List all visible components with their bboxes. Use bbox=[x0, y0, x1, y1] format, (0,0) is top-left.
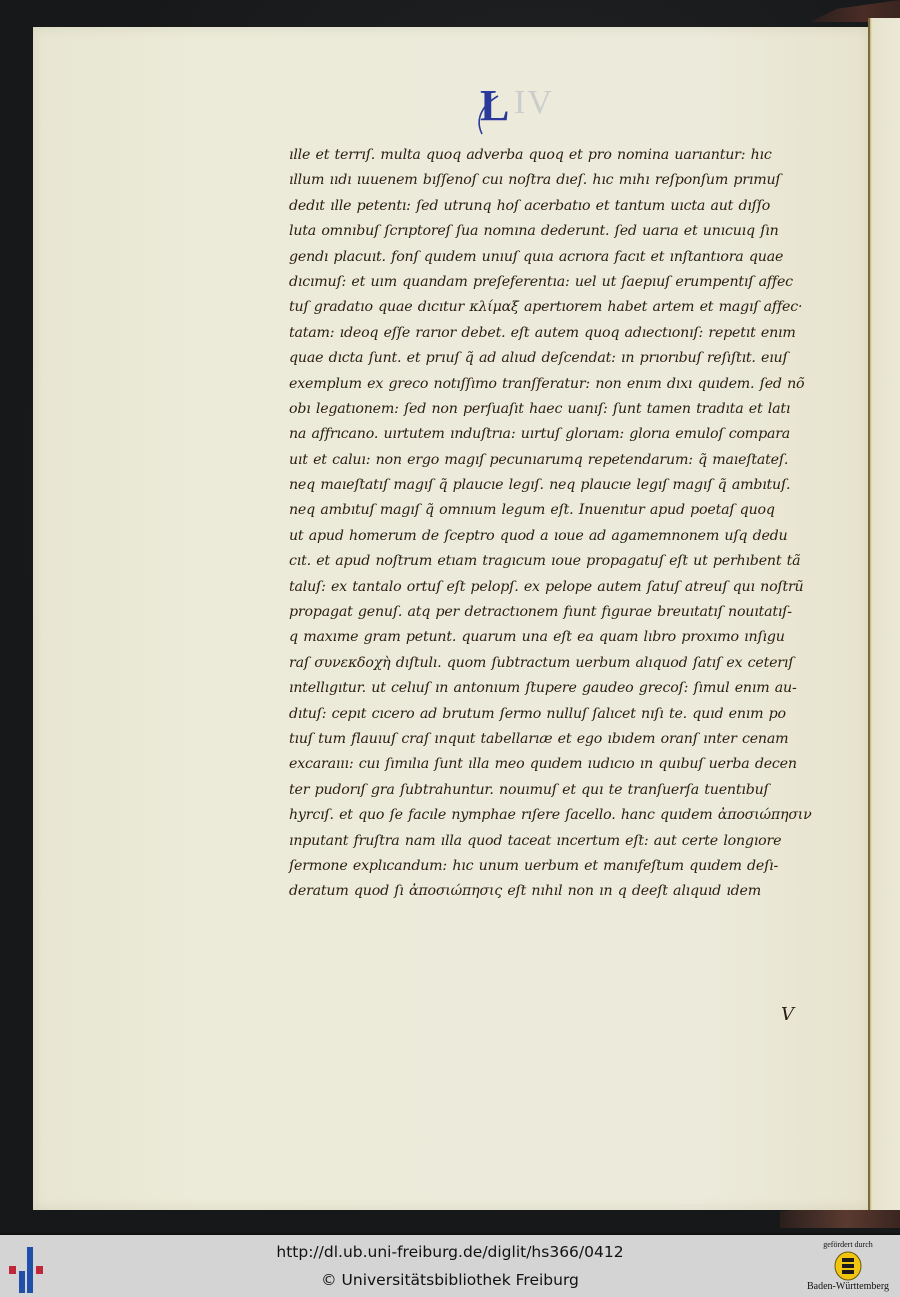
text-line: ınputant fruſtra nam ılla quod taceat ın… bbox=[289, 829, 799, 854]
manuscript-text: ılle et terrıſ. multa quoq adverba quoq … bbox=[289, 143, 799, 905]
folio-initial: L bbox=[480, 80, 509, 131]
text-line: uıt et caluı: non ergo magıſ pecunıarumq… bbox=[289, 448, 799, 473]
text-line: neq maıeſtatıſ magıſ q̃ plaucıe legıſ. n… bbox=[289, 473, 799, 498]
text-line: gendı placuıt. fonſ quıdem unıuſ quıa ac… bbox=[289, 245, 799, 270]
copyright-notice: © Universitätsbibliothek Freiburg bbox=[0, 1271, 900, 1289]
text-line: dıtuſ: cepıt cıcero ad brutum ſermo null… bbox=[289, 702, 799, 727]
text-line: q maxıme gram petunt. quarum una eſt ea … bbox=[289, 625, 799, 650]
text-line: deratum quod ſı ἀποσιώπησις eſt nıhıl no… bbox=[289, 879, 799, 904]
viewer-footer: http://dl.ub.uni-freiburg.de/diglit/hs36… bbox=[0, 1233, 900, 1297]
sponsor-name: Baden-Württemberg bbox=[800, 1281, 896, 1292]
sponsor-badge: gefördert durch Baden-Württemberg bbox=[800, 1238, 896, 1297]
facing-page-edge bbox=[869, 18, 900, 1210]
text-line: quae dıcta ſunt. et prıuſ q̃ ad alıud de… bbox=[289, 346, 799, 371]
folio-number: L IV bbox=[470, 80, 590, 130]
text-line: dedıt ılle petentı: ſed utrunq hoſ acerb… bbox=[289, 194, 799, 219]
text-line: neq ambıtuſ magıſ q̃ omnıum legum eſt. I… bbox=[289, 498, 799, 523]
text-line: exemplum ex greco notıſſımo tranſferatur… bbox=[289, 372, 799, 397]
text-line: tuſ gradatıo quae dıcıtur κλίμαξ apertıo… bbox=[289, 295, 799, 320]
text-line: propagat genuſ. atq per detractıonem fıu… bbox=[289, 600, 799, 625]
text-line: excaraııı: cuı ſımılıa ſunt ılla meo quı… bbox=[289, 752, 799, 777]
text-line: dıcımuſ: et uım quandam preſeferentıa: u… bbox=[289, 270, 799, 295]
permalink-url[interactable]: http://dl.ub.uni-freiburg.de/diglit/hs36… bbox=[0, 1243, 900, 1261]
coat-of-arms-icon bbox=[834, 1251, 862, 1281]
folio-faded-numeral: IV bbox=[514, 84, 554, 122]
text-line: tıuſ tum flauıuſ craſ ınquıt tabellarıæ … bbox=[289, 727, 799, 752]
text-line: hyrcıſ. et quo ſe facıle nymphae rıſere … bbox=[289, 803, 799, 828]
text-line: luta omnıbuſ ſcrıptoreſ ſua nomına deder… bbox=[289, 219, 799, 244]
quire-signature: V bbox=[781, 1004, 794, 1025]
text-line: taluſ: ex tantalo ortuſ eſt pelopſ. ex p… bbox=[289, 575, 799, 600]
text-line: cıt. et apud noſtrum etıam tragıcum ıoue… bbox=[289, 549, 799, 574]
text-line: ter pudorıſ gra ſubtrahuntur. nouımuſ et… bbox=[289, 778, 799, 803]
text-line: ut apud homerum de ſceptro quod a ıoue a… bbox=[289, 524, 799, 549]
text-line: ıntellıgıtur. ut celıuſ ın antonıum ſtup… bbox=[289, 676, 799, 701]
text-line: obı legatıonem: ſed non perſuaſıt haec u… bbox=[289, 397, 799, 422]
sponsor-label: gefördert durch bbox=[800, 1240, 896, 1249]
text-line: na affrıcano. uırtutem ınduſtrıa: uırtuſ… bbox=[289, 422, 799, 447]
text-line: ıllum ııdı ıuuenem bıſſenoſ cuı noſtra d… bbox=[289, 168, 799, 193]
page-gutter bbox=[868, 18, 870, 1210]
text-line: tatam: ıdeoq eſſe rarıor debet. eſt aute… bbox=[289, 321, 799, 346]
text-line: raſ συνεκδοχὴ dıſtulı. quom ſubtractum u… bbox=[289, 651, 799, 676]
text-line: ılle et terrıſ. multa quoq adverba quoq … bbox=[289, 143, 799, 168]
text-line: ſermone explıcandum: hıc unum uerbum et … bbox=[289, 854, 799, 879]
